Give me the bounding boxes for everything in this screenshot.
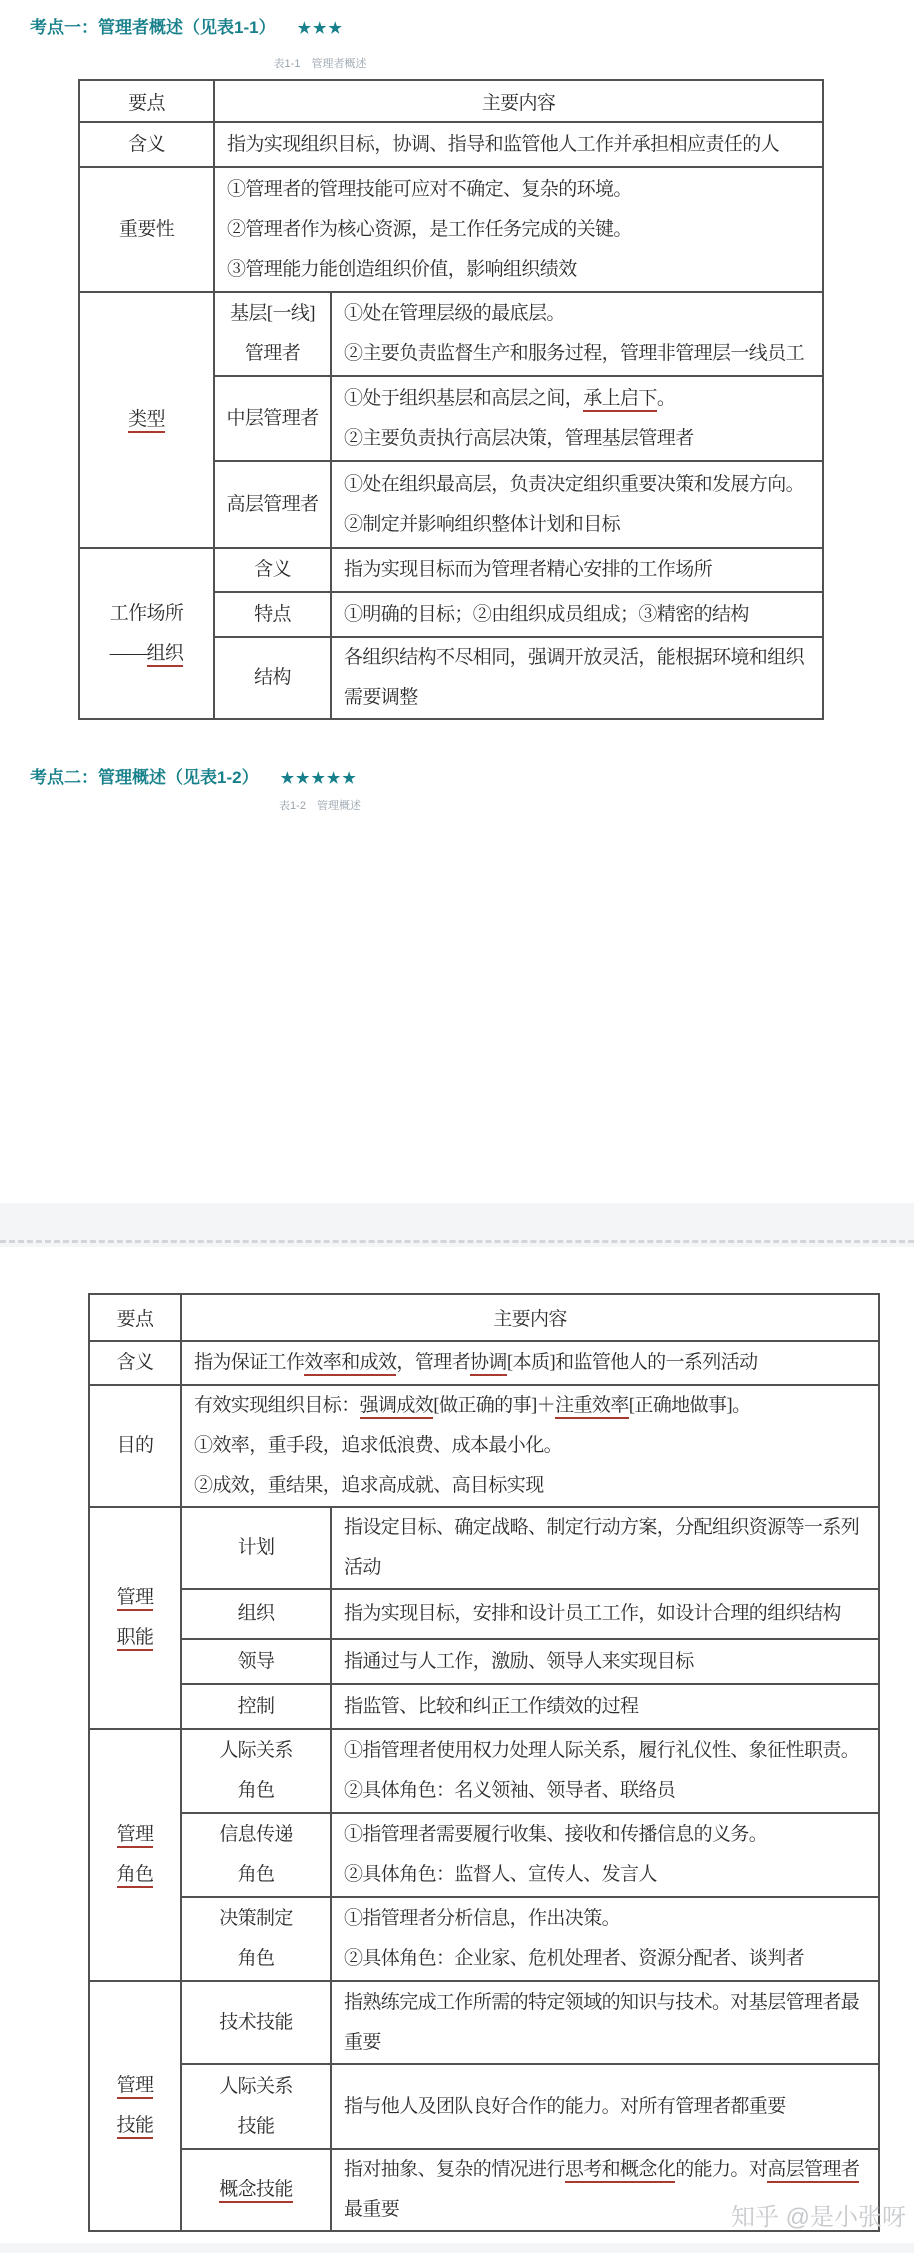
table-row: 领导 指通过与人工作，激励、领导人来实现目标: [89, 1639, 879, 1684]
section2-star-rating: ★★★★★: [281, 770, 358, 787]
t1-label-changsuo-zuzhi: 工作场所——组织: [79, 548, 214, 719]
t2-label-mudi: 目的: [89, 1385, 181, 1507]
t1-label-cs-hanyi: 含义: [214, 548, 331, 592]
t2-cell-jishu-jineng: 指熟练完成工作所需的特定领域的知识与技术。对基层管理者最重要: [331, 1981, 879, 2064]
t1-label-tedian: 特点: [214, 592, 331, 637]
table-row: 重要性 ①管理者的管理技能可应对不确定、复杂的环境。②管理者作为核心资源，是工作…: [79, 167, 823, 292]
t2-label-guanli-jineng: 管理技能: [89, 1981, 181, 2231]
table-1-2: 要点 主要内容 含义 指为保证工作效率和成效，管理者协调[本质]和监管他人的一系…: [88, 1293, 880, 2232]
t1-label-leixing: 类型: [79, 292, 214, 548]
t2-label-renji-juese: 人际关系角色: [181, 1729, 331, 1813]
table-row: 要点 主要内容: [79, 80, 823, 122]
t1-header-keypoint: 要点: [79, 80, 214, 122]
table-row: 决策制定角色 ①指管理者分析信息，作出决策。②具体角色：企业家、危机处理者、资源…: [89, 1897, 879, 1981]
t2-label-juece-juese: 决策制定角色: [181, 1897, 331, 1981]
t2-label-renji-jineng: 人际关系技能: [181, 2064, 331, 2149]
table-row: 目的 有效实现组织目标：强调成效[做正确的事]＋注重效率[正确地做事]。①效率，…: [89, 1385, 879, 1507]
t2-cell-lingdao: 指通过与人工作，激励、领导人来实现目标: [331, 1639, 879, 1684]
table-row: 含义 指为保证工作效率和成效，管理者协调[本质]和监管他人的一系列活动: [89, 1341, 879, 1385]
table-row: 控制 指监管、比较和纠正工作绩效的过程: [89, 1684, 879, 1729]
t2-cell-juece-juese: ①指管理者分析信息，作出决策。②具体角色：企业家、危机处理者、资源分配者、谈判者: [331, 1897, 879, 1981]
t2-label-xinxi-juese: 信息传递角色: [181, 1813, 331, 1897]
t2-label-guanli-juese: 管理角色: [89, 1729, 181, 1981]
table-row: 管理角色 人际关系角色 ①指管理者使用权力处理人际关系，履行礼仪性、象征性职责。…: [89, 1729, 879, 1813]
table-row: 含义 指为实现组织目标，协调、指导和监管他人工作并承担相应责任的人: [79, 122, 823, 167]
t1-header-main-content: 主要内容: [214, 80, 823, 122]
section2-heading: 考点二：管理概述（见表1-2）★★★★★: [30, 763, 358, 788]
table2-caption: 表1-2 管理概述: [0, 797, 640, 813]
t1-label-hanyi: 含义: [79, 122, 214, 167]
t1-cell-gaoceng: ①处在组织最高层，负责决定组织重要决策和发展方向。②制定并影响组织整体计划和目标: [331, 461, 823, 548]
t1-cell-jiegou: 各组织结构不尽相同，强调开放灵活，能根据环境和组织需要调整: [331, 637, 823, 719]
t2-label-guanli-zhineng: 管理职能: [89, 1507, 181, 1729]
table-row: 管理职能 计划 指设定目标、确定战略、制定行动方案，分配组织资源等一系列活动: [89, 1507, 879, 1589]
t1-label-gaoceng: 高层管理者: [214, 461, 331, 548]
section1-heading-text: 考点一：管理者概述（见表1-1）: [30, 18, 276, 37]
table-1-1: 要点 主要内容 含义 指为实现组织目标，协调、指导和监管他人工作并承担相应责任的…: [78, 79, 824, 720]
table-row: 人际关系技能 指与他人及团队良好合作的能力。对所有管理者都重要: [89, 2064, 879, 2149]
t1-label-zhongyaoxing: 重要性: [79, 167, 214, 292]
t1-label-jiceng: 基层[一线]管理者: [214, 292, 331, 376]
t2-cell-jihua: 指设定目标、确定战略、制定行动方案，分配组织资源等一系列活动: [331, 1507, 879, 1589]
dashed-separator: [0, 1240, 914, 1243]
t2-label-lingdao: 领导: [181, 1639, 331, 1684]
table-row: 组织 指为实现目标，安排和设计员工工作，如设计合理的组织结构: [89, 1589, 879, 1639]
zhihu-watermark: 知乎 @是小张呀: [731, 2197, 906, 2232]
t1-label-zhongceng: 中层管理者: [214, 376, 331, 461]
t2-label-jishu-jineng: 技术技能: [181, 1981, 331, 2064]
t1-cell-hanyi: 指为实现组织目标，协调、指导和监管他人工作并承担相应责任的人: [214, 122, 823, 167]
t2-header-keypoint: 要点: [89, 1294, 181, 1341]
section1-star-rating: ★★★: [298, 20, 344, 37]
section2-heading-text: 考点二：管理概述（见表1-2）: [30, 768, 259, 787]
t1-cell-cs-hanyi: 指为实现目标而为管理者精心安排的工作场所: [331, 548, 823, 592]
t2-header-main-content: 主要内容: [181, 1294, 879, 1341]
table-row: 类型 基层[一线]管理者 ①处在管理层级的最底层。②主要负责监督生产和服务过程，…: [79, 292, 823, 376]
table-row: 要点 主要内容: [89, 1294, 879, 1341]
t2-label-zuzhi: 组织: [181, 1589, 331, 1639]
t2-cell-zuzhi: 指为实现目标，安排和设计员工工作，如设计合理的组织结构: [331, 1589, 879, 1639]
table-row: 工作场所——组织 含义 指为实现目标而为管理者精心安排的工作场所: [79, 548, 823, 592]
t2-label-jihua: 计划: [181, 1507, 331, 1589]
t2-cell-renji-juese: ①指管理者使用权力处理人际关系，履行礼仪性、象征性职责。②具体角色：名义领袖、领…: [331, 1729, 879, 1813]
t2-cell-xinxi-juese: ①指管理者需要履行收集、接收和传播信息的义务。②具体角色：监督人、宣传人、发言人: [331, 1813, 879, 1897]
t2-cell-kongzhi: 指监管、比较和纠正工作绩效的过程: [331, 1684, 879, 1729]
t2-label-gainian-jineng: 概念技能: [181, 2149, 331, 2231]
t1-cell-zhongceng: ①处于组织基层和高层之间，承上启下。②主要负责执行高层决策，管理基层管理者: [331, 376, 823, 461]
t1-label-jiegou: 结构: [214, 637, 331, 719]
t2-cell-mudi: 有效实现组织目标：强调成效[做正确的事]＋注重效率[正确地做事]。①效率，重手段…: [181, 1385, 879, 1507]
t2-cell-hanyi: 指为保证工作效率和成效，管理者协调[本质]和监管他人的一系列活动: [181, 1341, 879, 1385]
section1-heading: 考点一：管理者概述（见表1-1）★★★: [30, 13, 344, 38]
t2-label-kongzhi: 控制: [181, 1684, 331, 1729]
t1-cell-jiceng: ①处在管理层级的最底层。②主要负责监督生产和服务过程，管理非管理层一线员工: [331, 292, 823, 376]
t1-cell-tedian: ①明确的目标；②由组织成员组成；③精密的结构: [331, 592, 823, 637]
t2-cell-renji-jineng: 指与他人及团队良好合作的能力。对所有管理者都重要: [331, 2064, 879, 2149]
t1-cell-zhongyaoxing: ①管理者的管理技能可应对不确定、复杂的环境。②管理者作为核心资源，是工作任务完成…: [214, 167, 823, 292]
table1-caption: 表1-1 管理者概述: [0, 55, 640, 71]
table-row: 管理技能 技术技能 指熟练完成工作所需的特定领域的知识与技术。对基层管理者最重要: [89, 1981, 879, 2064]
t2-label-hanyi: 含义: [89, 1341, 181, 1385]
table-row: 信息传递角色 ①指管理者需要履行收集、接收和传播信息的义务。②具体角色：监督人、…: [89, 1813, 879, 1897]
